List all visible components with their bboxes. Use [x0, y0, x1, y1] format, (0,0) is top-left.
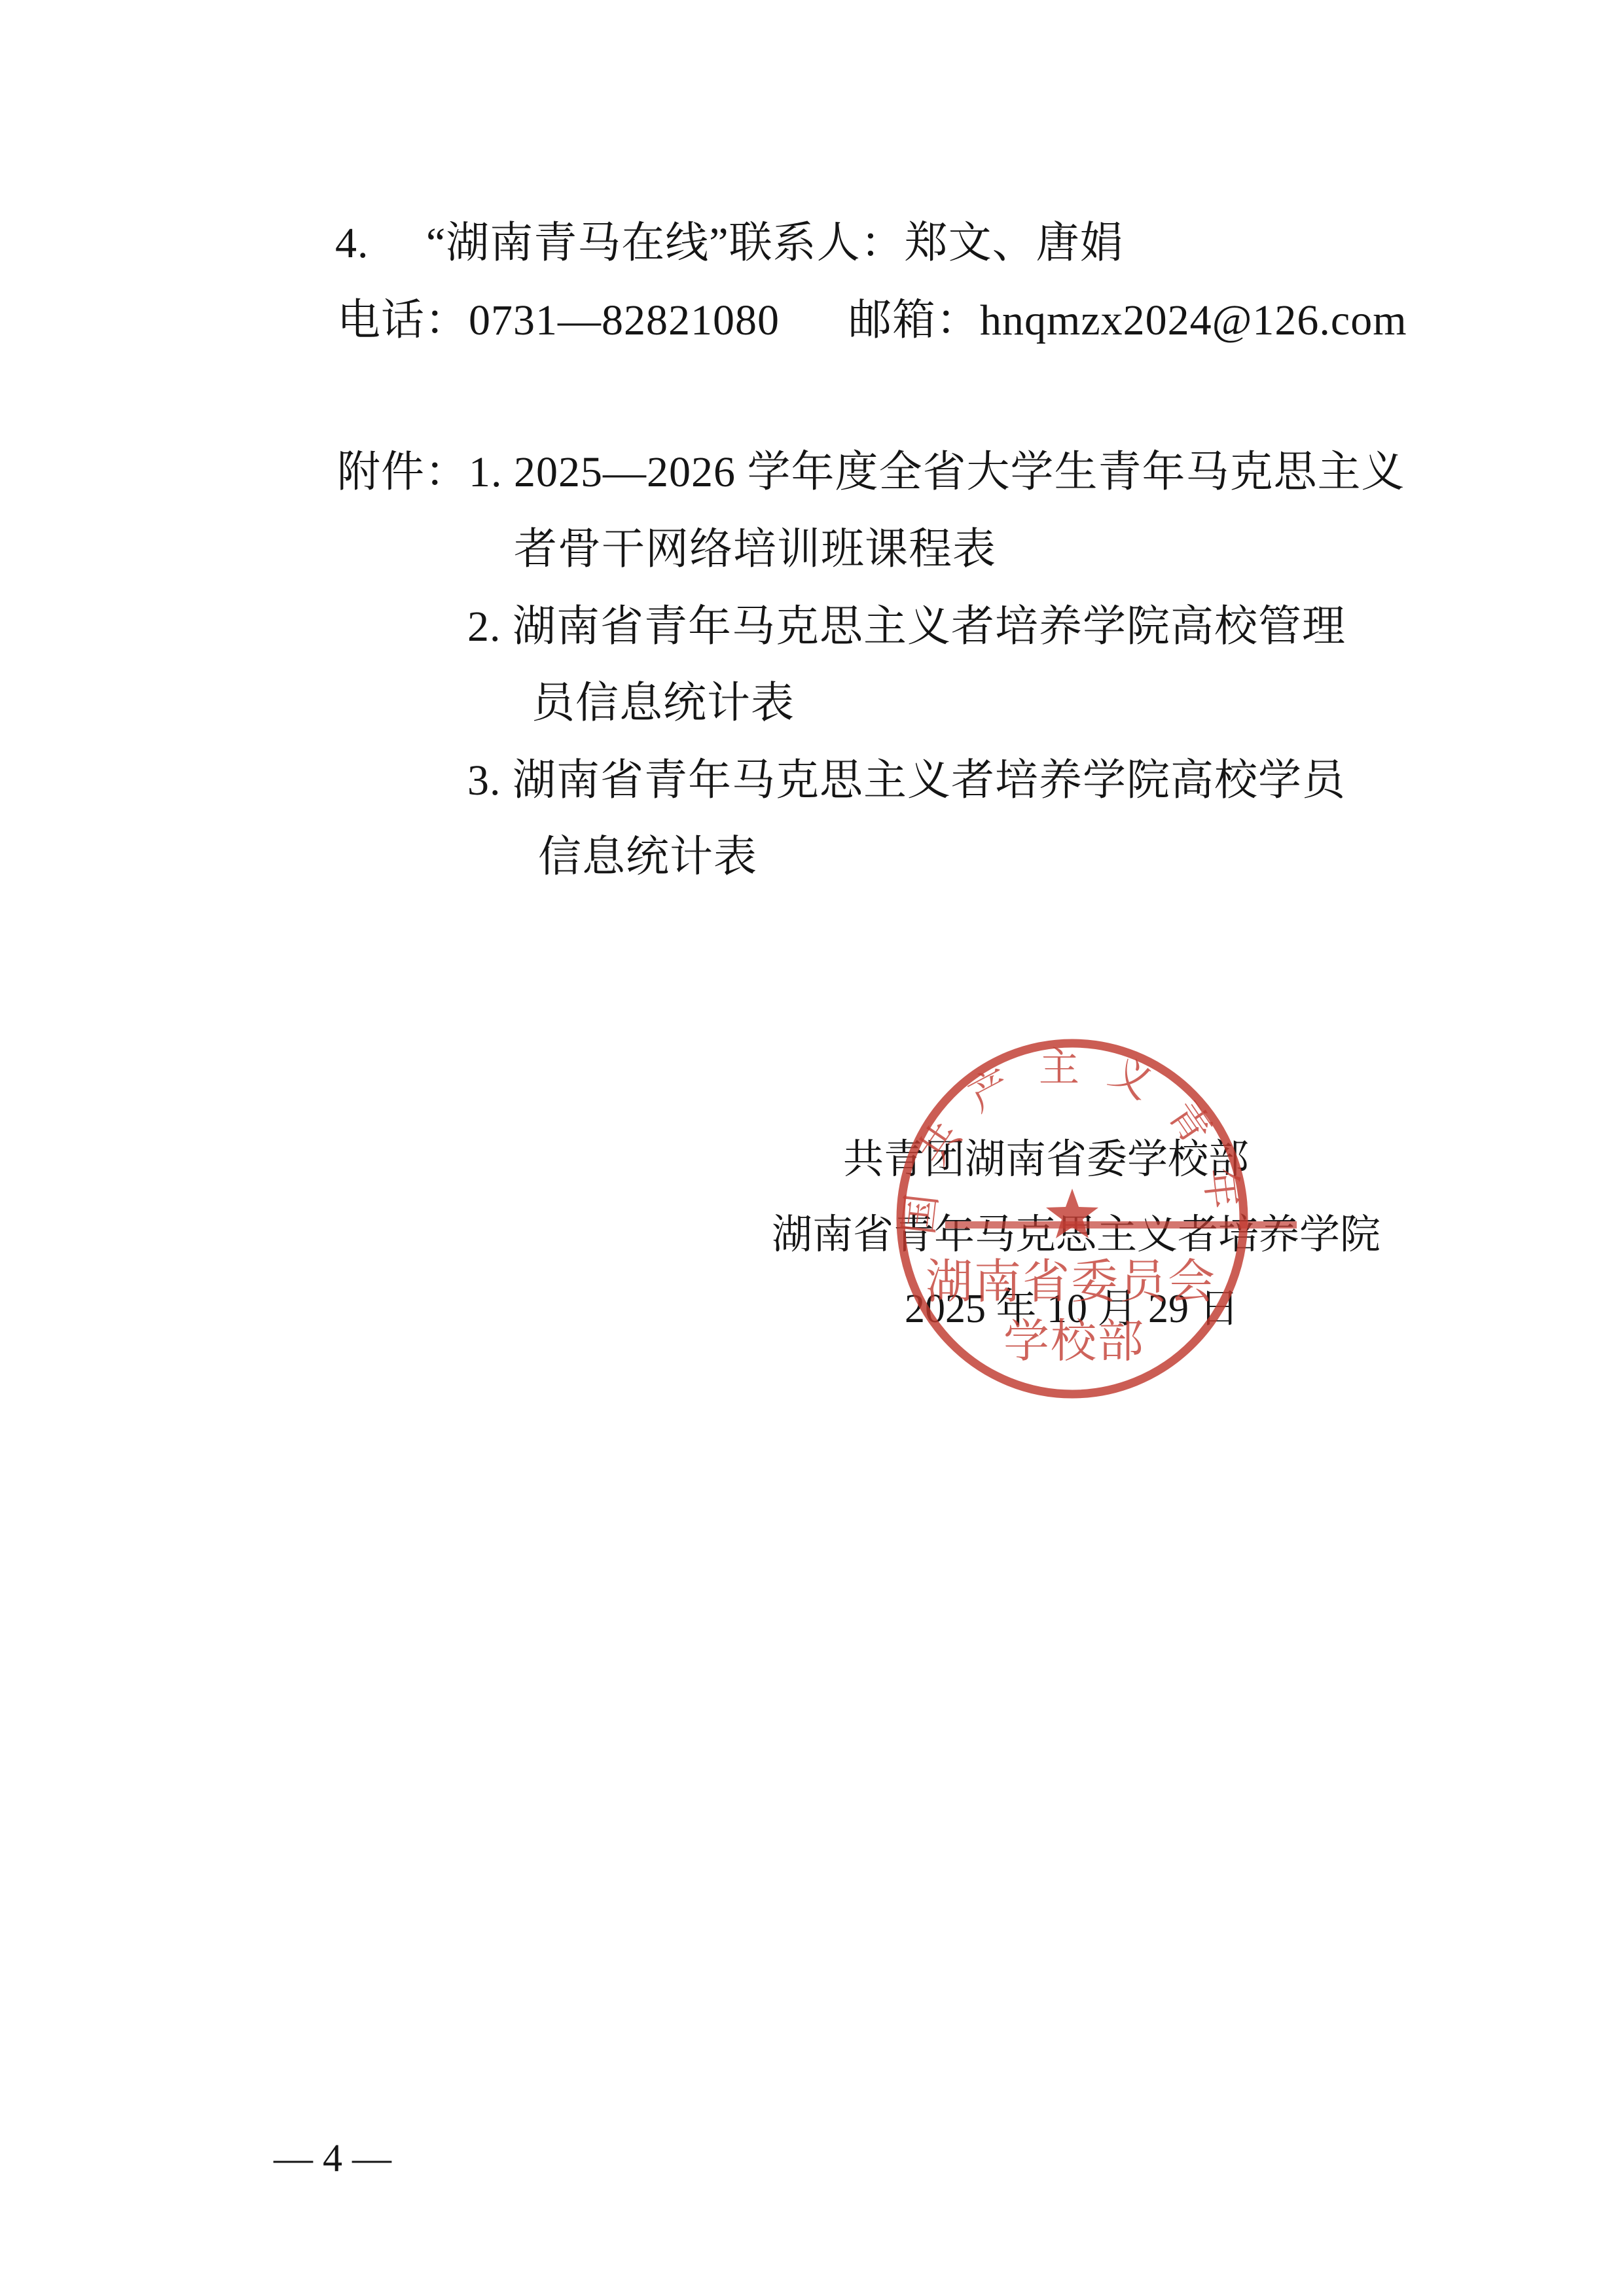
page-number: — 4 —	[274, 2138, 391, 2178]
seal-department-text: 学校部	[1003, 1317, 1145, 1367]
attachment-1-continuation: 者骨干网络培训班课程表	[514, 528, 996, 571]
attachment-3-continuation: 信息统计表	[538, 836, 757, 879]
official-seal: 中国共产主义青年团 湖南省委员会 学校部	[890, 1034, 1309, 1414]
seal-star-icon	[1046, 1189, 1098, 1238]
phone-email-line: 电话：0731—82821080 邮箱：hnqmzx2024@126.com	[337, 299, 1407, 342]
contact-line: 4. “湖南青马在线”联系人：郑文、唐娟	[335, 222, 1124, 265]
attachment-2-line: 2. 湖南省青年马克思主义者培养学院高校管理	[467, 605, 1346, 649]
attachments-label-line: 附件：1. 2025—2026 学年度全省大学生青年马克思主义	[337, 451, 1405, 494]
document-page: 4. “湖南青马在线”联系人：郑文、唐娟 电话：0731—82821080 邮箱…	[0, 0, 1624, 2296]
seal-horizontal-line	[945, 1221, 1297, 1229]
seal-committee-text: 湖南省委员会	[926, 1256, 1216, 1308]
attachment-2-continuation: 员信息统计表	[532, 682, 795, 725]
attachment-3-line: 3. 湖南省青年马克思主义者培养学院高校学员	[467, 759, 1346, 802]
